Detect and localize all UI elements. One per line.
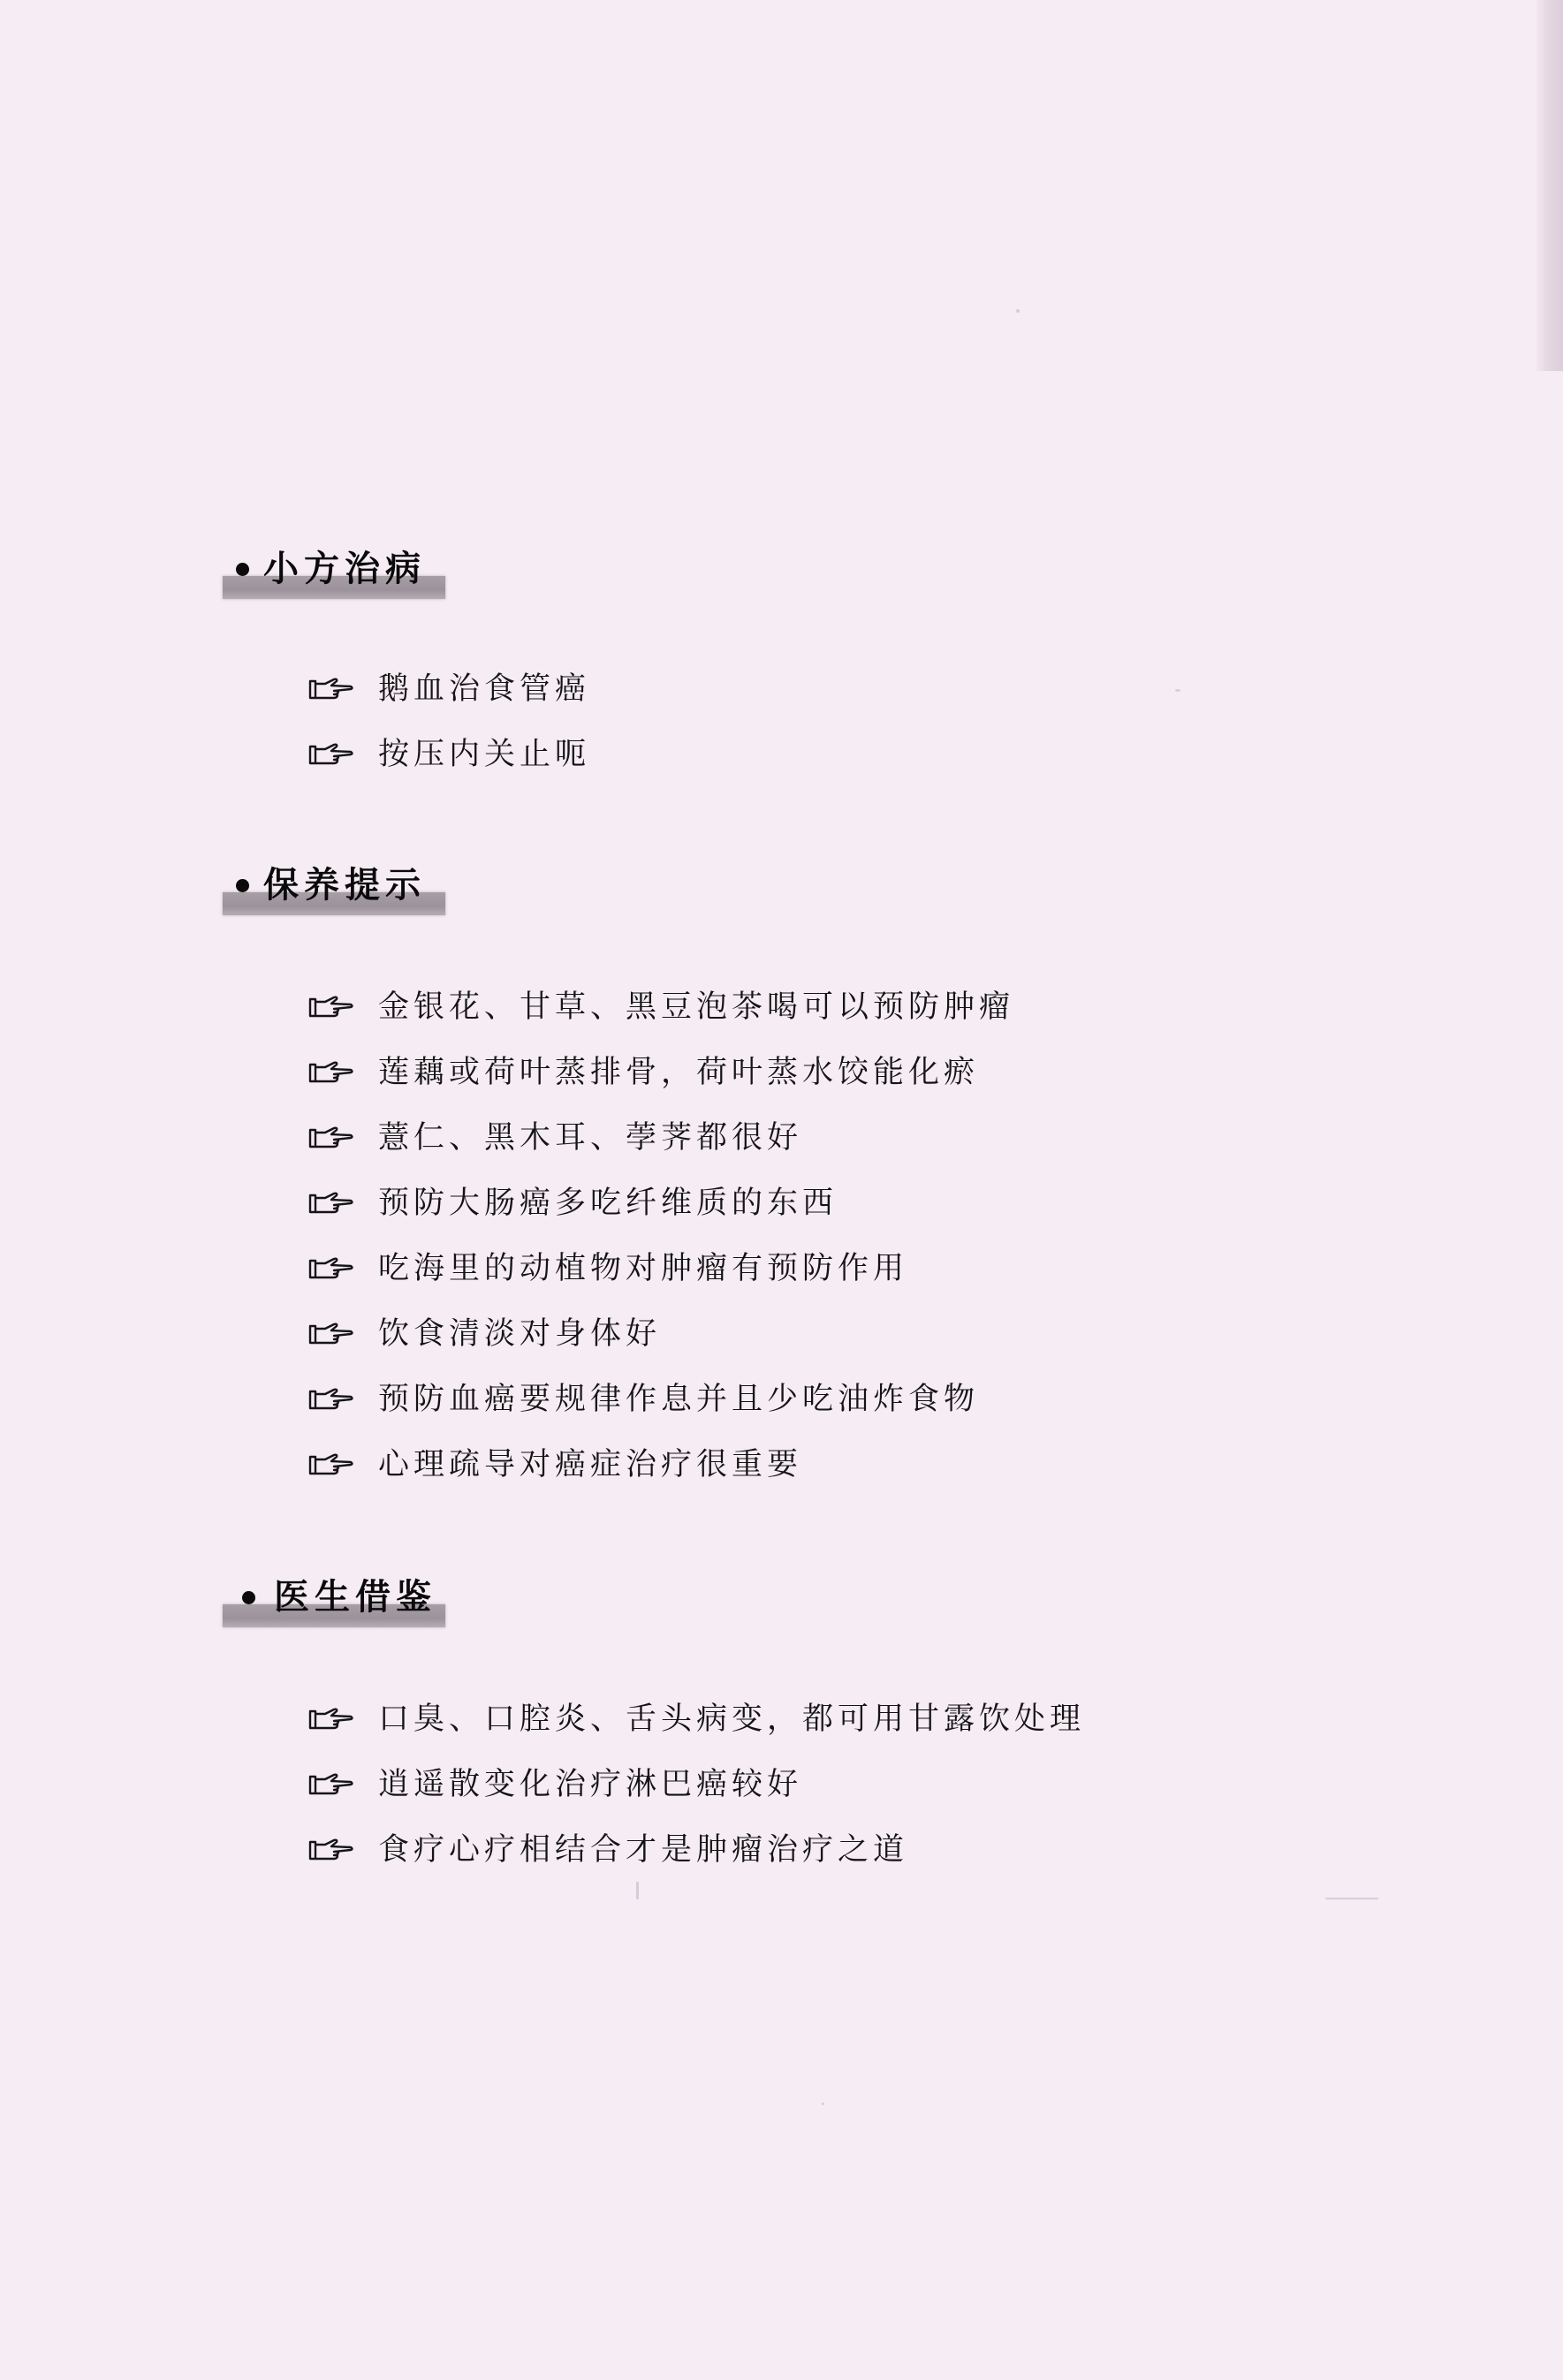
bullet-dot-icon — [242, 1591, 255, 1604]
item-text: 鹅血治食管癌 — [378, 670, 590, 709]
list-item: 预防血癌要规律作息并且少吃油炸食物 — [307, 1380, 979, 1419]
item-text: 预防血癌要规律作息并且少吃油炸食物 — [378, 1380, 979, 1419]
list-item: 金银花、甘草、黑豆泡茶喝可以预防肿瘤 — [307, 988, 1014, 1027]
item-text: 心理疏导对癌症治疗很重要 — [378, 1445, 802, 1484]
list-item: 鹅血治食管癌 — [307, 670, 590, 709]
item-text: 饮食清淡对身体好 — [378, 1315, 661, 1353]
scan-speck — [1016, 309, 1020, 313]
scan-speck — [1175, 689, 1180, 692]
pointing-hand-icon — [307, 1837, 355, 1863]
scan-speck — [1325, 1898, 1378, 1899]
list-item: 吃海里的动植物对肿瘤有预防作用 — [307, 1249, 908, 1288]
item-text: 按压内关止呃 — [378, 735, 590, 774]
pointing-hand-icon — [307, 1321, 355, 1347]
list-item: 饮食清淡对身体好 — [307, 1315, 661, 1353]
pointing-hand-icon — [307, 1451, 355, 1478]
list-item: 预防大肠癌多吃纤维质的东西 — [307, 1184, 838, 1223]
section-heading: 小方治病 — [223, 551, 452, 608]
item-text: 口臭、口腔炎、舌头病变，都可用甘露饮处理 — [378, 1700, 1085, 1739]
scan-speck — [636, 1882, 639, 1899]
item-text: 食疗心疗相结合才是肿瘤治疗之道 — [378, 1830, 908, 1869]
pointing-hand-icon — [307, 676, 355, 702]
list-item: 食疗心疗相结合才是肿瘤治疗之道 — [307, 1830, 908, 1869]
list-item: 薏仁、黑木耳、荸荠都很好 — [307, 1118, 802, 1157]
list-item: 口臭、口腔炎、舌头病变，都可用甘露饮处理 — [307, 1700, 1085, 1739]
list-item: 莲藕或荷叶蒸排骨，荷叶蒸水饺能化瘀 — [307, 1053, 979, 1092]
pointing-hand-icon — [307, 1386, 355, 1413]
section-heading: 保养提示 — [223, 868, 452, 924]
scan-speck — [822, 2103, 824, 2105]
item-text: 薏仁、黑木耳、荸荠都很好 — [378, 1118, 802, 1157]
pointing-hand-icon — [307, 994, 355, 1020]
section-title: 医生借鉴 — [274, 1576, 436, 1618]
pointing-hand-icon — [307, 1771, 355, 1798]
list-item: 按压内关止呃 — [307, 735, 590, 774]
pointing-hand-icon — [307, 741, 355, 768]
pointing-hand-icon — [307, 1190, 355, 1217]
pointing-hand-icon — [307, 1059, 355, 1086]
item-text: 预防大肠癌多吃纤维质的东西 — [378, 1184, 838, 1223]
item-text: 吃海里的动植物对肿瘤有预防作用 — [378, 1249, 908, 1288]
item-text: 逍遥散变化治疗淋巴癌较好 — [378, 1765, 802, 1804]
section-title: 小方治病 — [263, 548, 426, 590]
pointing-hand-icon — [307, 1125, 355, 1151]
section-heading: 医生借鉴 — [223, 1580, 452, 1636]
pointing-hand-icon — [307, 1255, 355, 1282]
bullet-dot-icon — [236, 563, 249, 576]
page-edge-shadow — [1536, 0, 1563, 371]
pointing-hand-icon — [307, 1706, 355, 1732]
item-text: 金银花、甘草、黑豆泡茶喝可以预防肿瘤 — [378, 988, 1014, 1027]
bullet-dot-icon — [236, 879, 249, 892]
list-item: 心理疏导对癌症治疗很重要 — [307, 1445, 802, 1484]
list-item: 逍遥散变化治疗淋巴癌较好 — [307, 1765, 802, 1804]
item-text: 莲藕或荷叶蒸排骨，荷叶蒸水饺能化瘀 — [378, 1053, 979, 1092]
section-title: 保养提示 — [263, 864, 426, 906]
